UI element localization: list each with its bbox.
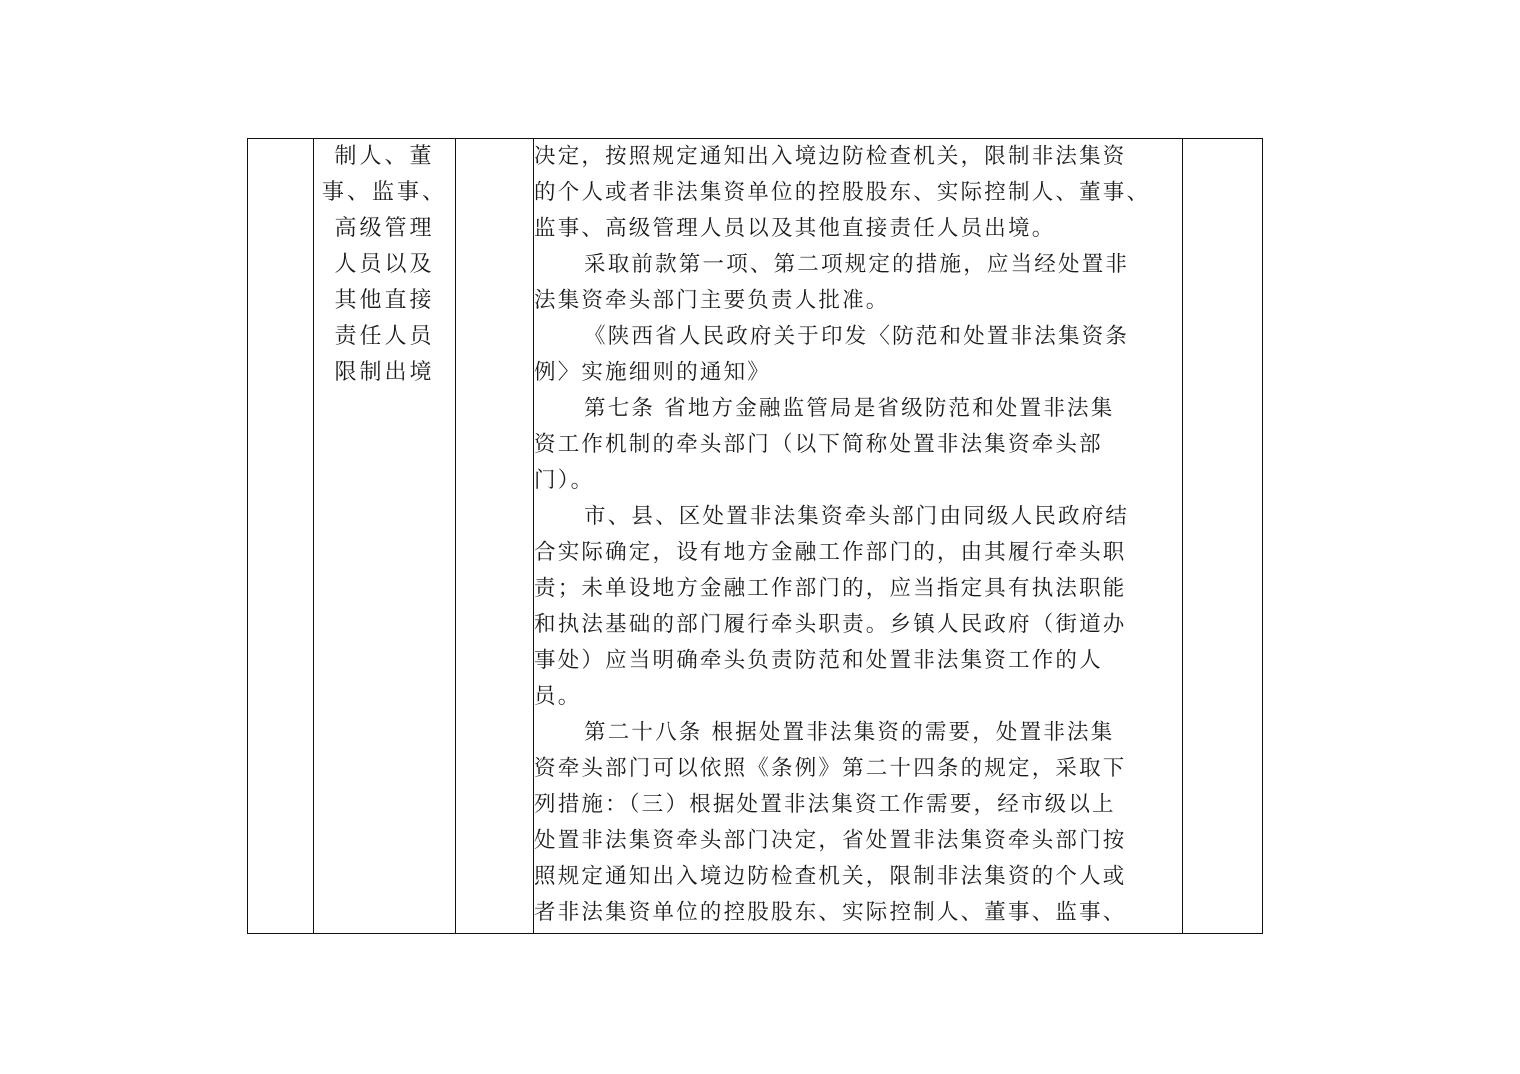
document-page: 制人、董 事、监事、 高级管理 人员以及 其他直接 责任人员 限制出境 决定，按…: [0, 0, 1520, 1074]
text-line: 处置非法集资牵头部门决定，省处置非法集资牵头部门按: [534, 823, 1182, 859]
title-line: 责任人员: [314, 319, 455, 355]
cell-index: [248, 139, 314, 934]
cell-empty-3: [456, 139, 534, 934]
paragraph: 《陕西省人民政府关于印发〈防范和处置非法集资条 例〉实施细则的通知》: [534, 319, 1182, 391]
text-line: 资牵头部门可以依照《条例》第二十四条的规定，采取下: [534, 751, 1182, 787]
text-line: 照规定通知出入境边防检查机关，限制非法集资的个人或: [534, 859, 1182, 895]
title-line: 事、监事、: [314, 175, 455, 211]
text-line: 法集资牵头部门主要负责人批准。: [534, 283, 1182, 319]
text-line: 的个人或者非法集资单位的控股股东、实际控制人、董事、: [534, 175, 1182, 211]
text-line: 合实际确定，设有地方金融工作部门的，由其履行牵头职: [534, 535, 1182, 571]
title-line: 制人、董: [314, 139, 455, 175]
title-line: 人员以及: [314, 247, 455, 283]
cell-item-title: 制人、董 事、监事、 高级管理 人员以及 其他直接 责任人员 限制出境: [314, 139, 456, 934]
text-line: 事处）应当明确牵头负责防范和处置非法集资工作的人: [534, 643, 1182, 679]
title-line: 限制出境: [314, 355, 455, 391]
text-line: 门）。: [534, 463, 1182, 499]
text-line: 第七条 省地方金融监管局是省级防范和处置非法集: [534, 391, 1182, 427]
text-line: 第二十八条 根据处置非法集资的需要，处置非法集: [534, 715, 1182, 751]
text-line: 资工作机制的牵头部门（以下简称处置非法集资牵头部: [534, 427, 1182, 463]
text-line: 决定，按照规定通知出入境边防检查机关，限制非法集资: [534, 139, 1182, 175]
paragraph: 第二十八条 根据处置非法集资的需要，处置非法集 资牵头部门可以依照《条例》第二十…: [534, 715, 1182, 931]
text-line: 员。: [534, 679, 1182, 715]
text-line: 和执法基础的部门履行牵头职责。乡镇人民政府（街道办: [534, 607, 1182, 643]
title-line: 高级管理: [314, 211, 455, 247]
text-line: 采取前款第一项、第二项规定的措施，应当经处置非: [534, 247, 1182, 283]
title-line: 其他直接: [314, 283, 455, 319]
text-line: 责；未单设地方金融工作部门的，应当指定具有执法职能: [534, 571, 1182, 607]
cell-remarks: [1183, 139, 1263, 934]
paragraph: 采取前款第一项、第二项规定的措施，应当经处置非 法集资牵头部门主要负责人批准。: [534, 247, 1182, 319]
paragraph: 决定，按照规定通知出入境边防检查机关，限制非法集资 的个人或者非法集资单位的控股…: [534, 139, 1182, 247]
cell-legal-basis: 决定，按照规定通知出入境边防检查机关，限制非法集资 的个人或者非法集资单位的控股…: [534, 139, 1183, 934]
text-line: 者非法集资单位的控股股东、实际控制人、董事、监事、: [534, 895, 1182, 931]
text-line: 《陕西省人民政府关于印发〈防范和处置非法集资条: [534, 319, 1182, 355]
paragraph: 市、县、区处置非法集资牵头部门由同级人民政府结 合实际确定，设有地方金融工作部门…: [534, 499, 1182, 715]
text-line: 列措施：（三）根据处置非法集资工作需要，经市级以上: [534, 787, 1182, 823]
regulation-table: 制人、董 事、监事、 高级管理 人员以及 其他直接 责任人员 限制出境 决定，按…: [247, 138, 1263, 934]
paragraph: 第七条 省地方金融监管局是省级防范和处置非法集 资工作机制的牵头部门（以下简称处…: [534, 391, 1182, 499]
text-line: 例〉实施细则的通知》: [534, 355, 1182, 391]
text-line: 市、县、区处置非法集资牵头部门由同级人民政府结: [534, 499, 1182, 535]
text-line: 监事、高级管理人员以及其他直接责任人员出境。: [534, 211, 1182, 247]
table-row: 制人、董 事、监事、 高级管理 人员以及 其他直接 责任人员 限制出境 决定，按…: [248, 139, 1263, 934]
